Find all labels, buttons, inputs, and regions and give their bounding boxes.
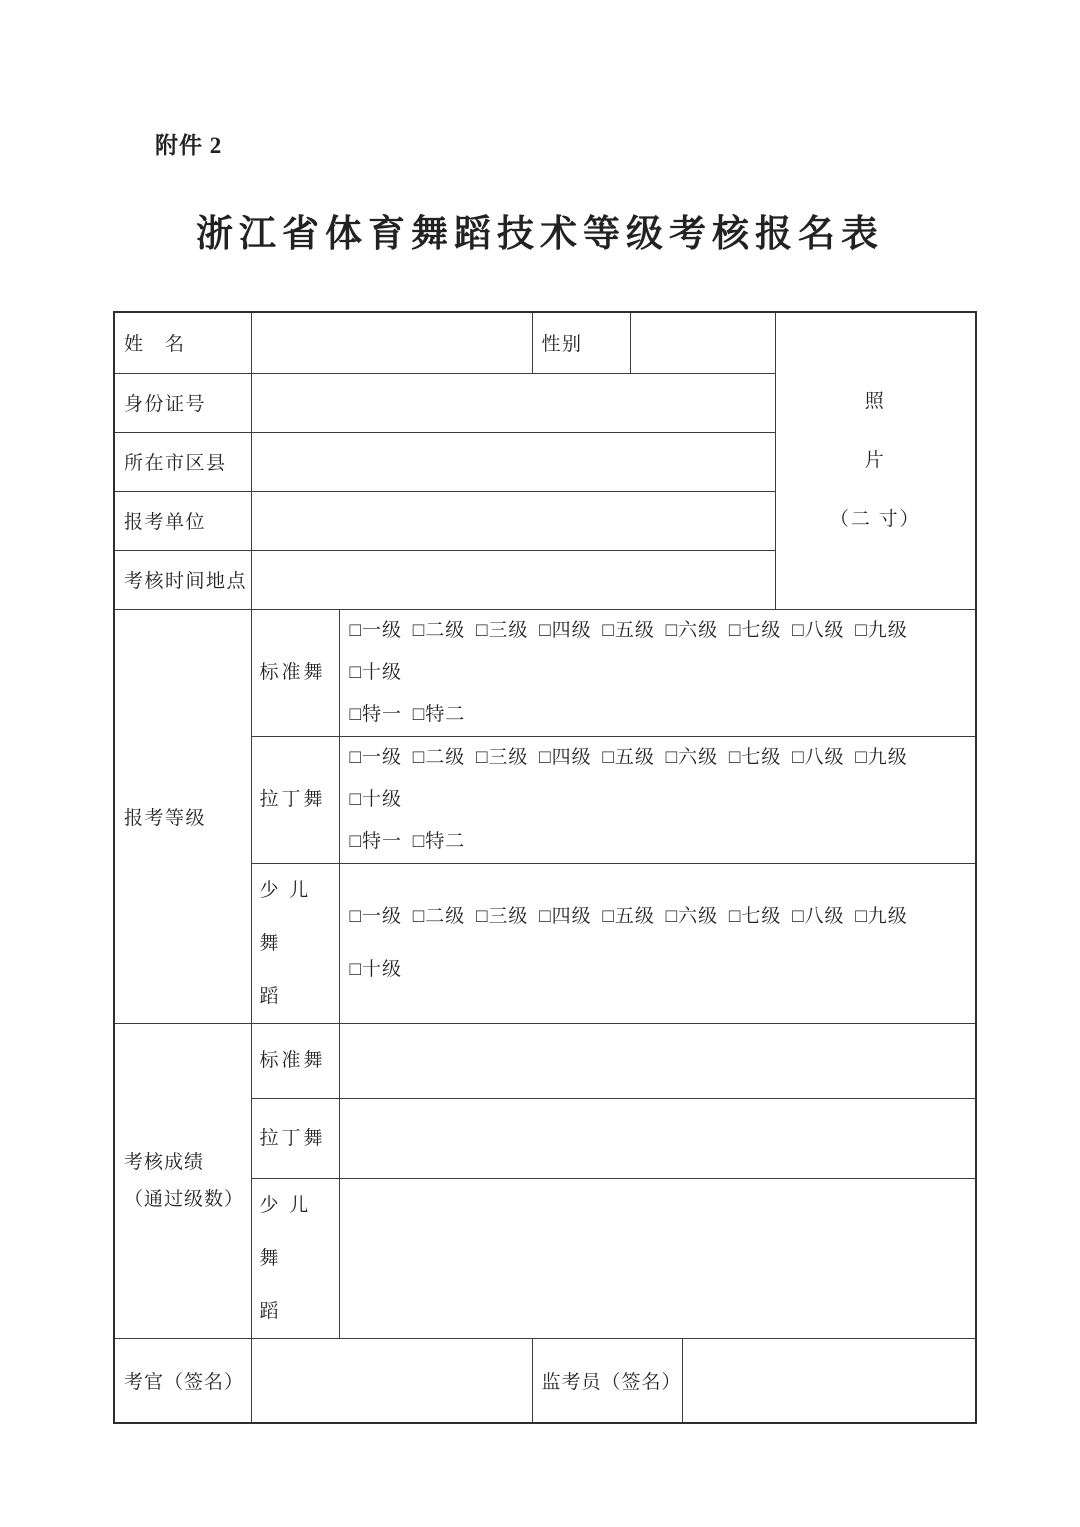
id-number-label: 身份证号 — [114, 373, 251, 432]
score-section-label: 考核成绩 （通过级数） — [114, 1023, 251, 1338]
examiner-signature-cell[interactable] — [251, 1338, 532, 1423]
gender-input-cell[interactable] — [630, 312, 775, 373]
grade-section-label: 报考等级 — [114, 609, 251, 1023]
page-title: 浙江省体育舞蹈技术等级考核报名表 — [0, 203, 1080, 257]
exam-time-input-cell[interactable] — [251, 550, 775, 609]
dance-type-label-latin: 拉丁舞 — [251, 736, 339, 863]
grade-options-latin[interactable]: □一级 □二级 □三级 □四级 □五级 □六级 □七级 □八级 □九级 □十级 … — [339, 736, 976, 863]
score-latin-input-cell[interactable] — [339, 1098, 976, 1178]
id-number-input-cell[interactable] — [251, 373, 775, 432]
grade-row-standard: 报考等级 标准舞 □一级 □二级 □三级 □四级 □五级 □六级 □七级 □八级… — [114, 609, 976, 736]
dance-type-label-children: 少 儿 舞 蹈 — [251, 863, 339, 1023]
score-standard-input-cell[interactable] — [339, 1023, 976, 1098]
invigilator-signature-cell[interactable] — [682, 1338, 976, 1423]
city-label: 所在市区县 — [114, 432, 251, 491]
score-dance-label-latin: 拉丁舞 — [251, 1098, 339, 1178]
grade-options-children[interactable]: □一级 □二级 □三级 □四级 □五级 □六级 □七级 □八级 □九级 □十级 — [339, 863, 976, 1023]
table-row: 姓 名 性别 照 片 （二 寸） — [114, 312, 976, 373]
score-dance-label-children: 少 儿 舞 蹈 — [251, 1178, 339, 1338]
grade-options-standard[interactable]: □一级 □二级 □三级 □四级 □五级 □六级 □七级 □八级 □九级 □十级 … — [339, 609, 976, 736]
exam-time-label: 考核时间地点 — [114, 550, 251, 609]
unit-label: 报考单位 — [114, 491, 251, 550]
score-children-input-cell[interactable] — [339, 1178, 976, 1338]
invigilator-label: 监考员（签名） — [532, 1338, 682, 1423]
name-label: 姓 名 — [114, 312, 251, 373]
dance-type-label-standard: 标准舞 — [251, 609, 339, 736]
city-input-cell[interactable] — [251, 432, 775, 491]
signature-row: 考官（签名） 监考员（签名） — [114, 1338, 976, 1423]
attachment-label: 附件 2 — [155, 127, 222, 160]
document-page: 附件 2 浙江省体育舞蹈技术等级考核报名表 姓 名 性别 照 片 （二 寸） 身… — [0, 0, 1080, 1527]
registration-form-table: 姓 名 性别 照 片 （二 寸） 身份证号 所在市区县 报考单位 考核时间地点 … — [113, 311, 977, 1424]
name-input-cell[interactable] — [251, 312, 532, 373]
photo-placeholder: 照 片 （二 寸） — [775, 312, 976, 609]
score-dance-label-standard: 标准舞 — [251, 1023, 339, 1098]
unit-input-cell[interactable] — [251, 491, 775, 550]
score-row-standard: 考核成绩 （通过级数） 标准舞 — [114, 1023, 976, 1098]
examiner-label: 考官（签名） — [114, 1338, 251, 1423]
gender-label: 性别 — [532, 312, 630, 373]
